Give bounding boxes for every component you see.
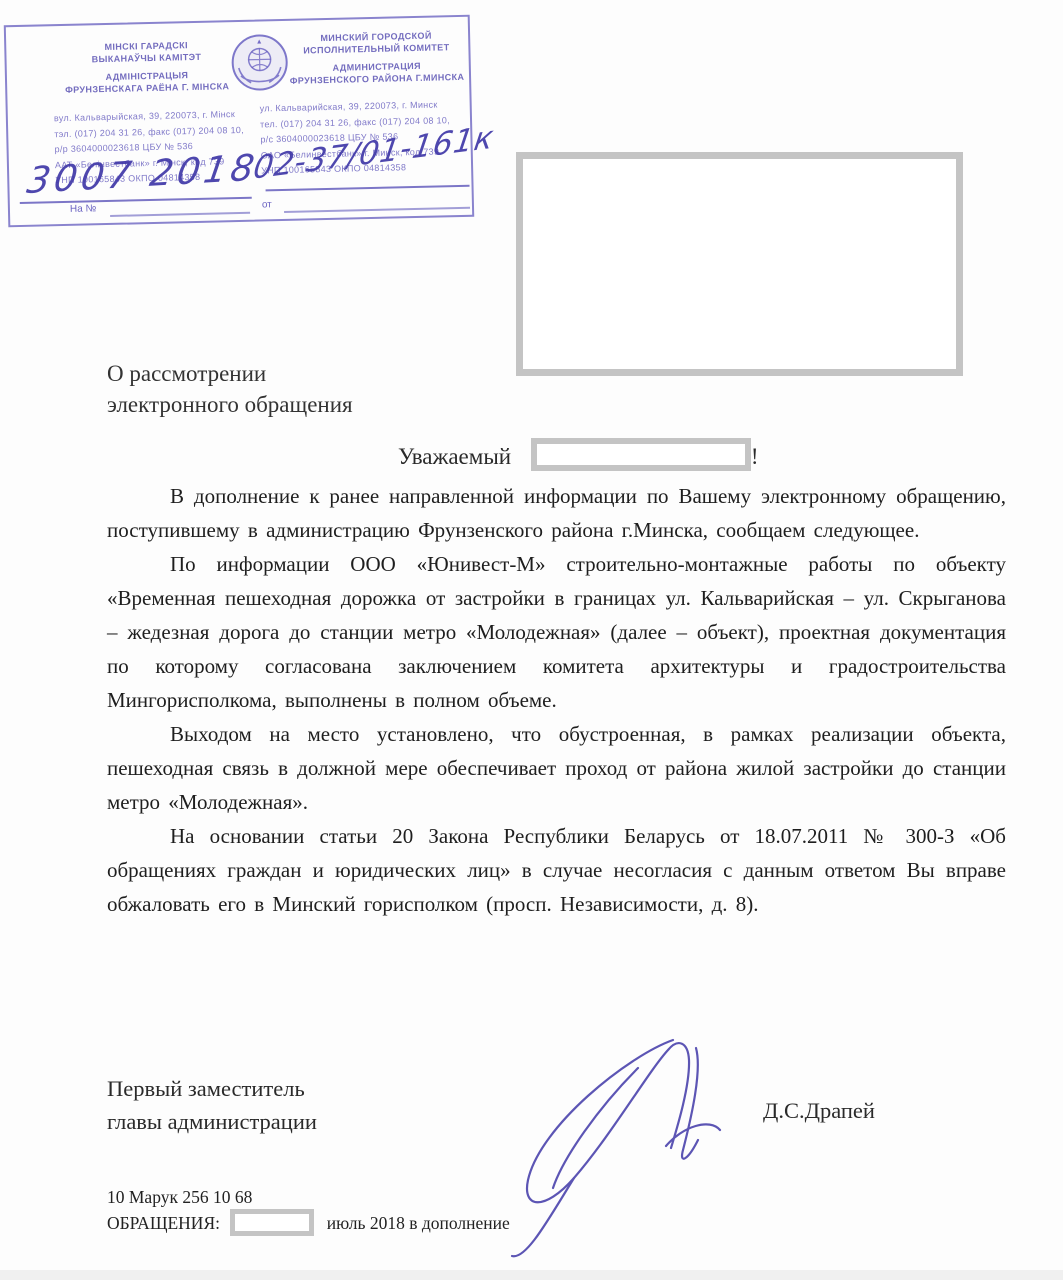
footer-block: 10 Марук 256 10 68 ОБРАЩЕНИЯ: июль 2018 … <box>107 1186 510 1236</box>
scan-bottom-edge <box>0 1270 1063 1280</box>
letterhead-stamp: МІНСКІ ГАРАДСКІ ВЫКАНАЎЧЫ КАМІТЭТ АДМІНІ… <box>4 15 474 228</box>
body-paragraph: В дополнение к ранее направленной информ… <box>107 479 1006 547</box>
footer-case-line: ОБРАЩЕНИЯ: июль 2018 в дополнение <box>107 1209 510 1236</box>
salutation-suffix: ! <box>751 444 759 469</box>
subject-line-1: О рассмотрении <box>107 358 353 389</box>
handwritten-signature <box>478 1028 788 1268</box>
letter-body: В дополнение к ранее направленной информ… <box>107 479 1006 921</box>
salutation-prefix: Уважаемый <box>398 444 511 469</box>
signer-name: Д.С.Драпей <box>763 1098 875 1124</box>
redaction-box-name <box>531 438 751 471</box>
ref-prefix-label: На № <box>70 203 97 215</box>
scanned-letter-page: МІНСКІ ГАРАДСКІ ВЫКАНАЎЧЫ КАМІТЭТ АДМІНІ… <box>0 0 1063 1280</box>
signer-role: Первый заместитель главы администрации <box>107 1072 317 1138</box>
ref-from-label: от <box>262 199 272 210</box>
salutation-line: Уважаемый ! <box>398 438 759 471</box>
number-underline <box>266 185 470 192</box>
coat-of-arms-icon <box>228 31 291 94</box>
body-paragraph: По информации ООО «Юнивест-М» строительн… <box>107 547 1006 717</box>
redaction-box-footer <box>230 1209 314 1236</box>
subject-line-2: электронного обращения <box>107 389 353 420</box>
footer-label: ОБРАЩЕНИЯ: <box>107 1213 220 1233</box>
redaction-box-recipient <box>516 152 963 376</box>
body-paragraph: Выходом на место установлено, что обустр… <box>107 717 1006 819</box>
footer-executor: 10 Марук 256 10 68 <box>107 1186 510 1209</box>
stamp-right-header: МИНСКИЙ ГОРОДСКОЙ ИСПОЛНИТЕЛЬНЫЙ КОМИТЕТ… <box>286 29 467 87</box>
stamp-left-header: МІНСКІ ГАРАДСКІ ВЫКАНАЎЧЫ КАМІТЭТ АДМІНІ… <box>48 38 245 96</box>
subject-block: О рассмотрении электронного обращения <box>107 358 353 420</box>
footer-note: июль 2018 в дополнение <box>327 1213 510 1233</box>
body-paragraph: На основании статьи 20 Закона Республики… <box>107 819 1006 921</box>
